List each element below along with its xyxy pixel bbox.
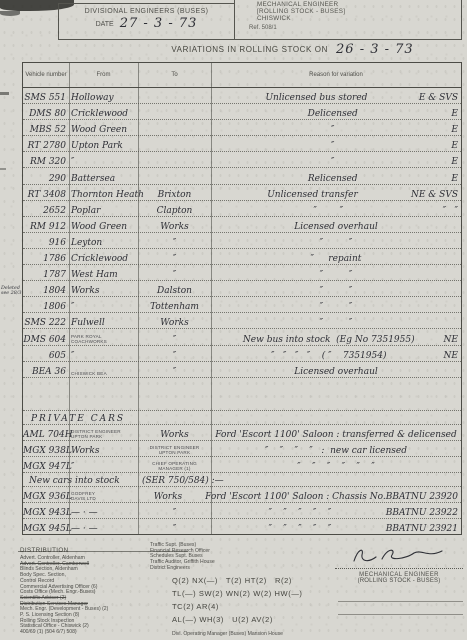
reason-cell: ″ ″ bbox=[211, 302, 461, 312]
from-cell: Wood Green bbox=[69, 125, 138, 135]
reason-cell: Licensed overhaul bbox=[211, 367, 461, 377]
variation-code: BBATNU 23920 bbox=[386, 492, 458, 502]
reason-text: Relicensed bbox=[214, 174, 451, 184]
vehicle-number: 1804 bbox=[23, 286, 69, 296]
table-row: AML 704HDISTRICT ENGINEER UPTON PARKWork… bbox=[23, 425, 461, 441]
reason-text: ″ bbox=[214, 125, 451, 135]
addressee-line: CHISWICK bbox=[257, 15, 461, 22]
vehicle-number: RM 320 bbox=[23, 157, 69, 167]
reason-cell: ″ ″ ″ ″ ″BBATNU 23922 bbox=[211, 508, 461, 518]
reason-text: ″ ″ bbox=[214, 302, 458, 312]
section-row: PRIVATE CARS bbox=[23, 411, 461, 425]
reason-text: Unlicensed bus stored bbox=[214, 93, 419, 103]
table-row: 1804WorksDalston″ ″ bbox=[23, 281, 461, 297]
reason-cell: Ford 'Escort 1100' Saloon : transferred … bbox=[211, 430, 461, 440]
vehicle-number: RM 912 bbox=[23, 222, 69, 232]
to-cell: Tottenham bbox=[138, 302, 211, 312]
vehicle-number: DMS 604 bbox=[23, 335, 69, 345]
column-divider bbox=[138, 63, 139, 534]
from-cell: PARK ROYAL COACHWORKS bbox=[69, 334, 138, 345]
reason-text: ″ ″ ″ ″ ″ ″ bbox=[214, 462, 458, 472]
reason-cell: ″E bbox=[211, 141, 461, 151]
variation-code: E bbox=[451, 157, 458, 167]
scan-blotch bbox=[0, 11, 20, 16]
vehicle-number: MGX 943L bbox=[23, 508, 69, 518]
vehicle-number: RT 2780 bbox=[23, 141, 69, 151]
scan-mark bbox=[0, 168, 6, 170]
vehicle-number: MGX 938L bbox=[23, 446, 69, 456]
table-row: MBS 52Wood Green″E bbox=[23, 120, 461, 136]
to-cell: Clapton bbox=[138, 206, 211, 216]
reason-cell: ″ ″ bbox=[211, 270, 461, 280]
reason-text: Licensed overhaul bbox=[214, 222, 458, 232]
margin-note: Deleted see 28/3 bbox=[1, 286, 21, 297]
variation-code: BBATNU 23921 bbox=[386, 524, 458, 534]
table-row: BEA 36CHISWICK BEA″Licensed overhaul bbox=[23, 362, 461, 378]
to-cell: Works bbox=[134, 492, 202, 502]
reason-cell: ″E bbox=[211, 157, 461, 167]
title-date: 26 - 3 - 73 bbox=[336, 43, 414, 56]
vehicle-number: DMS 80 bbox=[23, 109, 69, 119]
table-row: MGX 943L— · —″″ ″ ″ ″ ″BBATNU 23922 bbox=[23, 503, 461, 519]
reason-text: ″ bbox=[214, 141, 451, 151]
vehicle-number: MGX 945L bbox=[23, 524, 69, 534]
recipient-item: District Engineers bbox=[150, 566, 215, 572]
reason-cell: ″E bbox=[211, 125, 461, 135]
from-cell: ″ bbox=[69, 351, 138, 361]
to-cell: ″ bbox=[138, 270, 211, 280]
table-row: SMS 222FulwellWorks″ ″ bbox=[23, 313, 461, 329]
reason-cell: New bus into stock (Eg No 7351955)NE bbox=[211, 335, 461, 345]
reason-text: ″ bbox=[214, 157, 451, 167]
from-cell: Works bbox=[69, 446, 138, 456]
from-cell: Leyton bbox=[69, 238, 138, 248]
note-text: New cars into stock bbox=[23, 476, 138, 486]
vehicle-number: MGX 936L bbox=[23, 492, 69, 502]
reason-cell: ″ ″ bbox=[211, 318, 461, 328]
vehicle-number: 916 bbox=[23, 238, 69, 248]
table-row: 2652PoplarClapton″ ″″ ″ bbox=[23, 201, 461, 217]
to-cell: Works bbox=[138, 318, 211, 328]
col-header-from: From bbox=[69, 63, 138, 87]
routing-code-line: TL(—) SW(2) WN(2) W(2) HW(—) bbox=[172, 587, 303, 600]
from-cell: Cricklewood bbox=[69, 109, 138, 119]
reason-cell: RelicensedE bbox=[211, 174, 461, 184]
reason-text: ″ ″ bbox=[214, 286, 458, 296]
table-row: DMS 604PARK ROYAL COACHWORKS″New bus int… bbox=[23, 329, 461, 345]
vehicle-number: BEA 36 bbox=[23, 367, 69, 377]
table-row: DMS 80CricklewoodDelicensedE bbox=[23, 104, 461, 120]
distribution-heading: DISTRIBUTION bbox=[20, 547, 150, 554]
issuing-office: DIVISIONAL ENGINEERS (BUSES) bbox=[59, 8, 234, 15]
reason-text: ″ ″ ″ ″ ″ bbox=[214, 508, 386, 518]
to-cell: Brixton bbox=[138, 190, 211, 200]
reason-cell: ″ repaint bbox=[211, 254, 461, 264]
from-cell: GODFREY DAVIS LTD bbox=[69, 491, 134, 502]
header-right-box: MECHANICAL ENGINEER [ROLLING STOCK - BUS… bbox=[234, 0, 462, 40]
to-cell: ″ bbox=[138, 351, 211, 361]
scanned-form-page: DIVISIONAL ENGINEERS (BUSES) DATE 27 - 3… bbox=[0, 0, 467, 640]
from-cell: — · — bbox=[69, 524, 138, 534]
codes-footer: Divl. Operating Manager (Buses) Mansion … bbox=[172, 631, 283, 637]
distribution-list: Advert. Controller, AldenhamAdvert. Cont… bbox=[20, 556, 150, 636]
reference-number: Ref. 508/1 bbox=[249, 25, 461, 31]
date-value: 27 - 3 - 73 bbox=[120, 17, 198, 30]
reason-text: ″ ″ bbox=[214, 206, 443, 216]
footer-rule bbox=[338, 601, 463, 602]
from-cell: Wood Green bbox=[69, 222, 138, 232]
reason-text: Ford 'Escort 1100' Saloon : transferred … bbox=[214, 430, 458, 440]
routing-code-line: TC(2) AR(4) bbox=[172, 600, 303, 613]
footer-rule bbox=[338, 614, 463, 615]
routing-codes: Q(2) NX(—) T(2) HT(2) R(2)TL(—) SW(2) WN… bbox=[172, 574, 303, 626]
title-printed: VARIATIONS IN ROLLING STOCK ON bbox=[171, 45, 328, 56]
to-cell: Works bbox=[138, 430, 211, 440]
from-cell: Cricklewood bbox=[69, 254, 138, 264]
to-cell: ″ bbox=[138, 254, 211, 264]
from-cell: Fulwell bbox=[69, 318, 138, 328]
table-row: MGX 945L— · —″″ ″ ″ ″ ″BBATNU 23921 bbox=[23, 519, 461, 535]
table-row: 1786Cricklewood″″ repaint bbox=[23, 249, 461, 265]
table-body: SMS 551HollowayUnlicensed bus storedE & … bbox=[23, 88, 461, 535]
vehicle-number: RT 3408 bbox=[23, 190, 69, 200]
reason-cell: ″ ″ ″ ″ ( ″ 7351954)NE bbox=[211, 351, 461, 361]
to-cell: ″ bbox=[138, 508, 211, 518]
scan-mark bbox=[0, 92, 9, 95]
table-row: RT 2780Upton Park″E bbox=[23, 136, 461, 152]
reason-text: Delicensed bbox=[214, 109, 451, 119]
header-left-box: DIVISIONAL ENGINEERS (BUSES) DATE 27 - 3… bbox=[58, 3, 234, 40]
table-row: MGX 947L″CHIEF OPERATING MANAGER (1)″ ″ … bbox=[23, 457, 461, 473]
reason-cell: ″ ″″ ″ bbox=[211, 206, 461, 216]
signature-line bbox=[335, 568, 463, 569]
table-row: RT 3408Thornton HeathBrixtonUnlicensed t… bbox=[23, 185, 461, 201]
variation-code: E bbox=[451, 125, 458, 135]
from-cell: West Ham bbox=[69, 270, 138, 280]
reason-cell: DelicensedE bbox=[211, 109, 461, 119]
to-cell: Works bbox=[138, 222, 211, 232]
column-divider bbox=[211, 63, 212, 534]
form-title: VARIATIONS IN ROLLING STOCK ON 26 - 3 - … bbox=[120, 43, 465, 56]
reason-text: ″ repaint bbox=[214, 254, 458, 264]
table-row: 916Leyton″″ ″ bbox=[23, 233, 461, 249]
vehicle-number: AML 704H bbox=[23, 430, 69, 440]
from-cell: CHISWICK BEA bbox=[69, 371, 138, 377]
section-label: PRIVATE CARS bbox=[23, 414, 125, 424]
variation-code: NE & SVS bbox=[411, 190, 458, 200]
from-cell: — · — bbox=[69, 508, 138, 518]
variation-code: E bbox=[451, 141, 458, 151]
date-row: DATE 27 - 3 - 73 bbox=[59, 17, 234, 30]
reason-cell: Ford 'Escort 1100' Saloon : Chassis No.B… bbox=[202, 492, 461, 502]
table-header: Vehicle number From To Reason for variat… bbox=[23, 63, 461, 88]
reason-text: ″ ″ ″ ″ : new car licensed bbox=[214, 446, 458, 456]
column-divider bbox=[69, 63, 70, 534]
vehicle-number: SMS 551 bbox=[23, 93, 69, 103]
routing-code-line: Q(2) NX(—) T(2) HT(2) R(2) bbox=[172, 574, 303, 587]
from-cell: Battersea bbox=[69, 174, 138, 184]
variation-code: ″ ″ bbox=[443, 206, 458, 216]
routing-code-line: AL(—) WH(3) U(2) AV(2) bbox=[172, 613, 303, 626]
from-cell: Holloway bbox=[69, 93, 138, 103]
reason-text: ″ ″ bbox=[214, 238, 458, 248]
vehicle-number: 605 bbox=[23, 351, 69, 361]
from-cell: Poplar bbox=[69, 206, 138, 216]
from-cell: ″ bbox=[69, 462, 138, 472]
variation-code: E bbox=[451, 109, 458, 119]
vehicle-number: 290 bbox=[23, 174, 69, 184]
addressee-line: MECHANICAL ENGINEER bbox=[257, 1, 461, 8]
distribution-block: DISTRIBUTION Advert. Controller, Aldenha… bbox=[20, 547, 150, 636]
from-cell: Upton Park bbox=[69, 141, 138, 151]
signature-block: MECHANICAL ENGINEER (ROLLING STOCK - BUS… bbox=[335, 546, 463, 584]
from-cell: DISTRICT ENGINEER UPTON PARK bbox=[69, 429, 138, 440]
vehicle-number: SMS 222 bbox=[23, 318, 69, 328]
vehicle-number: 2652 bbox=[23, 206, 69, 216]
table-row: RM 320″″E bbox=[23, 152, 461, 168]
from-cell: ″ bbox=[69, 157, 138, 167]
table-row: MGX 938LWorksDISTRICT ENGINEER UPTON PAR… bbox=[23, 441, 461, 457]
reason-text: New bus into stock (Eg No 7351955) bbox=[214, 335, 444, 345]
to-cell: ″ bbox=[138, 367, 211, 377]
blank-row bbox=[23, 378, 461, 411]
reason-cell: Licensed overhaul bbox=[211, 222, 461, 232]
to-cell: Dalston bbox=[138, 286, 211, 296]
reason-text: ″ ″ ″ ″ ( ″ 7351954) bbox=[214, 351, 444, 361]
to-cell: CHIEF OPERATING MANAGER (1) bbox=[138, 461, 211, 472]
to-cell: ″ bbox=[138, 238, 211, 248]
vehicle-number: 1806 bbox=[23, 302, 69, 312]
variation-code: NE bbox=[444, 335, 458, 345]
variation-code: NE bbox=[444, 351, 458, 361]
variations-table: Vehicle number From To Reason for variat… bbox=[22, 62, 462, 535]
reason-cell: ″ ″ ″ ″ ″BBATNU 23921 bbox=[211, 524, 461, 534]
to-cell: ″ bbox=[138, 335, 211, 345]
from-cell: Works bbox=[69, 286, 138, 296]
reason-cell: Unlicensed bus storedE & SVS bbox=[211, 93, 461, 103]
vehicle-number: MBS 52 bbox=[23, 125, 69, 135]
reason-cell: ″ ″ ″ ″ ″ ″ bbox=[211, 462, 461, 472]
vehicle-number: MGX 947L bbox=[23, 462, 69, 472]
date-label: DATE bbox=[96, 21, 114, 30]
reason-text: Unlicensed transfer bbox=[214, 190, 411, 200]
col-header-to: To bbox=[138, 63, 211, 87]
reason-text: ″ ″ bbox=[214, 270, 458, 280]
signatory-subtitle: (ROLLING STOCK - BUSES) bbox=[335, 578, 463, 584]
vehicle-number: 1787 bbox=[23, 270, 69, 280]
reason-cell: ″ ″ bbox=[211, 238, 461, 248]
reason-cell: ″ ″ bbox=[211, 286, 461, 296]
from-cell: Thornton Heath bbox=[69, 190, 138, 200]
variation-code: E & SVS bbox=[419, 93, 458, 103]
reason-cell: Unlicensed transferNE & SVS bbox=[211, 190, 461, 200]
table-row: MGX 936LGODFREY DAVIS LTDWorksFord 'Esco… bbox=[23, 487, 461, 503]
distribution-item: 400/69 (1) (504 6/7) 508) bbox=[20, 630, 150, 636]
table-row: RM 912Wood GreenWorksLicensed overhaul bbox=[23, 217, 461, 233]
table-row: 1787West Ham″″ ″ bbox=[23, 265, 461, 281]
reason-text: Ford 'Escort 1100' Saloon : Chassis No. bbox=[205, 492, 386, 502]
table-row: 605″″″ ″ ″ ″ ( ″ 7351954)NE bbox=[23, 346, 461, 362]
reason-text: ″ ″ bbox=[214, 318, 458, 328]
to-cell: ″ bbox=[138, 524, 211, 534]
to-cell: DISTRICT ENGINEER UPTON PARK bbox=[138, 445, 211, 456]
table-row: SMS 551HollowayUnlicensed bus storedE & … bbox=[23, 88, 461, 104]
reason-cell: ″ ″ ″ ″ : new car licensed bbox=[211, 446, 461, 456]
addressee-line: [ROLLING STOCK - BUSES] bbox=[257, 8, 461, 15]
table-row: 1806″Tottenham″ ″ bbox=[23, 297, 461, 313]
recipients-list: Traffic Supt. (Buses)Financial Research … bbox=[150, 543, 215, 572]
note-row: New cars into stock(SER 750/584) :— bbox=[23, 473, 461, 487]
reason-text: ″ ″ ″ ″ ″ bbox=[214, 524, 386, 534]
col-header-reason: Reason for variation bbox=[211, 63, 461, 87]
reason-text: Licensed overhaul bbox=[214, 367, 458, 377]
variation-code: E bbox=[451, 174, 458, 184]
col-header-vehicle: Vehicle number bbox=[23, 63, 69, 87]
variation-code: BBATNU 23922 bbox=[386, 508, 458, 518]
signature-scribble bbox=[344, 546, 454, 566]
from-cell: ″ bbox=[69, 302, 138, 312]
vehicle-number: 1786 bbox=[23, 254, 69, 264]
table-row: 290BatterseaRelicensedE bbox=[23, 168, 461, 184]
